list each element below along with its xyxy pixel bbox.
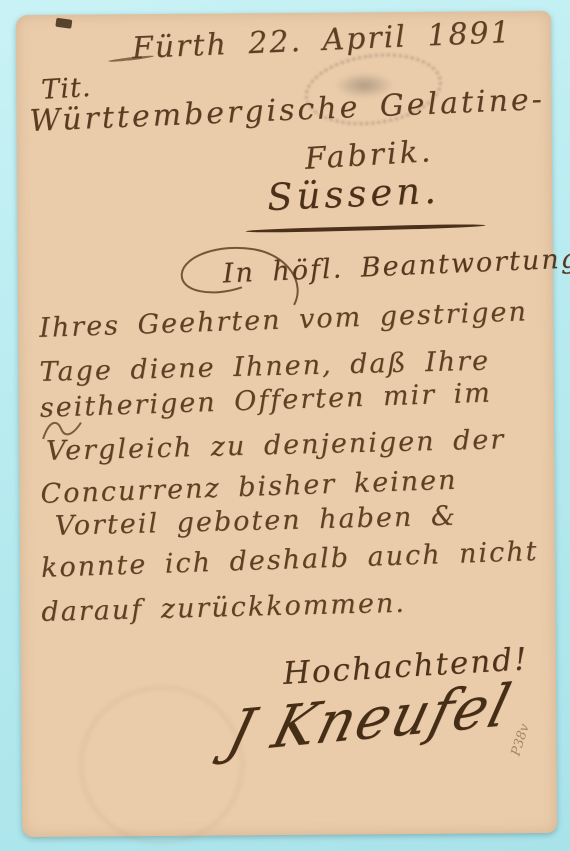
- body-line: konnte ich deshalb auch nicht: [41, 536, 539, 584]
- body-line: Vergleich zu denjenigen der: [46, 424, 506, 467]
- signature: J Kneufel: [221, 672, 519, 767]
- recipient-city: Süssen.: [266, 169, 440, 219]
- dateline: Fürth 22. April 1891: [131, 15, 512, 66]
- pencil-catalog-note: P38v: [509, 722, 533, 758]
- recipient-line1: Württembergische Gelatine-: [29, 82, 546, 139]
- faint-postmark-impression: [79, 685, 244, 844]
- corner-ink-notch: [55, 18, 72, 29]
- photo-backdrop: { "document": { "kind": "handwritten cor…: [0, 0, 570, 851]
- postcard: Fürth 22. April 1891 Tit. Württembergisc…: [16, 11, 557, 837]
- city-underline: [245, 223, 485, 233]
- body-line: darauf zurückkommen.: [41, 588, 406, 628]
